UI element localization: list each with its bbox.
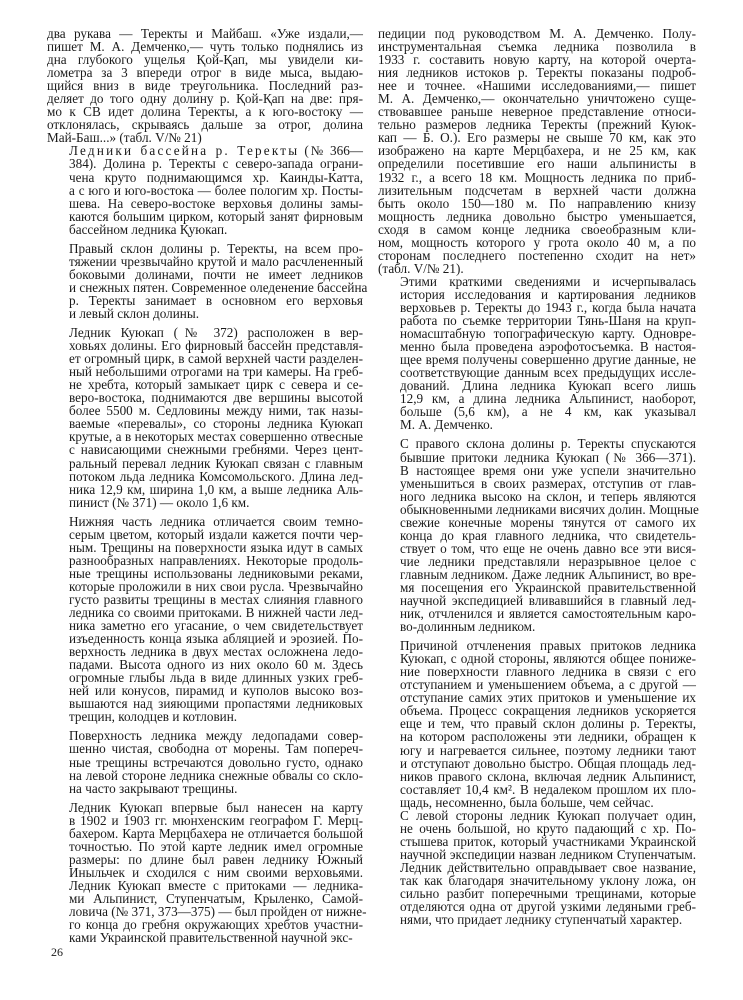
text-line: Правый склон долины р. Теректы, на всем … [47, 242, 363, 255]
text-line: югу и нагревается сильнее, поэтому ледни… [378, 744, 696, 757]
text-line: В настоящее время они уже успели значите… [378, 464, 696, 477]
text-line: шева. На северо-востоке верховья долины … [47, 197, 363, 210]
paragraph: С левой стороны ледник Куюкап получает о… [378, 809, 696, 926]
paragraph: С правого склона долины р. Теректы спуск… [378, 437, 696, 633]
right-column: педиции под руководством М. А. Демченко.… [378, 27, 696, 926]
text-line: серым цветом, который издали кажется поч… [47, 528, 363, 541]
text-line: боковыми долинами, почти не имеет ледник… [47, 268, 363, 281]
text-line: (табл. V/№ 21). [378, 262, 696, 275]
text-line: и левый склон долины. [47, 307, 363, 320]
paragraph: Нижняя часть ледника отличается своим те… [47, 515, 363, 724]
text-line: ным. Трещины на поверхности языка идут в… [47, 541, 363, 554]
text-line: в 1902 и 1903 гг. мюнхенским географом Г… [47, 814, 363, 827]
text-line: потоком льда ледника Комсомольского. Дли… [47, 470, 363, 483]
text-line: Иныльчек и сходился с ним своими верховь… [47, 866, 363, 879]
text-line: мощность ледника довольно быстро уменьша… [378, 210, 696, 223]
text-line: нями, что придает леднику ступенчатый ха… [378, 913, 696, 926]
text-line: определили посетившие его наши альпинист… [378, 157, 696, 170]
text-line: ные трещины использованы ледниковыми рек… [47, 567, 363, 580]
text-line: ками Украинской правительственной научно… [47, 931, 363, 944]
text-line: обыкновенными ледниками висячих долин. М… [378, 503, 696, 516]
page-number: 26 [51, 945, 63, 960]
text-line: щадь, несомненно, была больше, чем сейча… [378, 796, 696, 809]
text-line: ные трещины встречаются довольно густо, … [47, 756, 363, 769]
text-line: с нависающими снежными гребнями. Через ц… [47, 443, 363, 456]
text-line: бахером. Карта Мерцбахера не отличается … [47, 827, 363, 840]
text-line: уменьшиться в своих размерах, отступив о… [378, 477, 696, 490]
text-line: ников правого склона, включая ледник Аль… [378, 770, 696, 783]
text-line: 1932 г., а всего 18 км. Мощность ледника… [378, 171, 696, 184]
text-line: точностью. По этой карте ледник имел огр… [47, 840, 363, 853]
text-line: трещин, колодцев и котловин. [47, 710, 363, 723]
text-line: бассейном ледника Қуюкап. [47, 223, 363, 236]
paragraph: два рукава — Теректы и Майбаш. «Уже изда… [47, 27, 363, 144]
text-line: стышева приток, который участниками Укра… [378, 835, 696, 848]
paragraph: Причиной отчленения правых притоков ледн… [378, 639, 696, 809]
text-line: С правого склона долины р. Теректы спуск… [378, 437, 696, 450]
text-line: сходя в самом конце ледника своеобразным… [378, 223, 696, 236]
paragraph: Ледник Куюкап (№ 372) расположен в вер-х… [47, 326, 363, 509]
text-line: 384). Долина р. Теректы с северо-запада … [47, 157, 363, 170]
text-line: лизительным подсчетам в верхней части до… [378, 184, 696, 197]
text-line: быть около 150—180 м. По направлению кни… [378, 197, 696, 210]
text-line: ствует о том, что еще не очень давно все… [378, 542, 696, 555]
text-line: во-долинным ледником. [378, 620, 696, 633]
paragraph: Ледник Куюкап впервые был нанесен на кар… [47, 801, 363, 945]
text-line: Нижняя часть ледника отличается своим те… [47, 515, 363, 528]
text-line: пинист (№ 371) — около 1,6 км. [47, 496, 363, 509]
text-line: М. А. Демченко. [378, 418, 696, 431]
text-line: ного ледника высоко на склон, и теперь я… [378, 490, 696, 503]
text-line: на котором расположены эти ледники, обра… [378, 730, 696, 743]
paragraph: Правый склон долины р. Теректы, на всем … [47, 242, 363, 320]
text-line: свежие конечные морены тянутся от самого… [378, 516, 696, 529]
paragraph: педиции под руководством М. А. Демченко.… [378, 27, 696, 275]
text-line: тяжении чрезвычайно крутой и мало расчле… [47, 255, 363, 268]
paragraph: Ледники бассейна р. Теректы (№ 366—384).… [47, 144, 363, 235]
left-column: два рукава — Теректы и Майбаш. «Уже изда… [47, 27, 363, 944]
text-line: не очень большой, но круто падающий с хр… [378, 822, 696, 835]
text-line: Этими краткими сведениями и исчерпывалас… [378, 275, 696, 288]
text-line: а с юго и юго-востока — более пологим хр… [47, 184, 363, 197]
text-line: ральный перевал ледник Куюкап связан с г… [47, 457, 363, 470]
text-line: которые проложили в них свои русла. Чрез… [47, 580, 363, 593]
text-line: главным ледником. Даже ледник Альпинист,… [378, 568, 696, 581]
text-line: Ледник Куюкап впервые был нанесен на кар… [47, 801, 363, 814]
text-line: ника 12,9 км, ширина 1,0 км, а выше ледн… [47, 483, 363, 496]
text-line: на левой стороне ледника снежные обвалы … [47, 769, 363, 782]
text-line: и отступают довольно быстро. Общая площа… [378, 757, 696, 770]
text-line: чие ледники представляли неразрывное цел… [378, 555, 696, 568]
text-line: каются большим цирком, который занят фир… [47, 210, 363, 223]
text-line: бывшие притоки ледника Куюкап (№ 366—371… [378, 451, 696, 464]
book-page: два рукава — Теректы и Майбаш. «Уже изда… [0, 0, 743, 1000]
text-line: и снежных пятен. Современное оледенение … [47, 281, 363, 294]
paragraph: Этими краткими сведениями и исчерпывалас… [378, 275, 696, 432]
text-line: разнообразных направлениях. Некоторые пр… [47, 554, 363, 567]
text-line: размеры: по длине был равен леднику Южны… [47, 853, 363, 866]
paragraph: Поверхность ледника между ледопадами сов… [47, 729, 363, 794]
text-line: чена круто поднимающимся хр. Каинды-Катт… [47, 171, 363, 184]
text-line: научной экспедиции назван ледником Ступе… [378, 848, 696, 861]
text-line: ном, мощность которого у грота около 40 … [378, 236, 696, 249]
text-line: составляет 10,4 км². В недалеком прошлом… [378, 783, 696, 796]
text-line: С левой стороны ледник Куюкап получает о… [378, 809, 696, 822]
text-line: шенно чистая, свободна от морены. Там по… [47, 742, 363, 755]
text-line: на часто закрывают трещины. [47, 782, 363, 795]
text-line: сторонам последнего постепенно сходит на… [378, 249, 696, 262]
text-line: конца до края главного ледника, что свид… [378, 529, 696, 542]
